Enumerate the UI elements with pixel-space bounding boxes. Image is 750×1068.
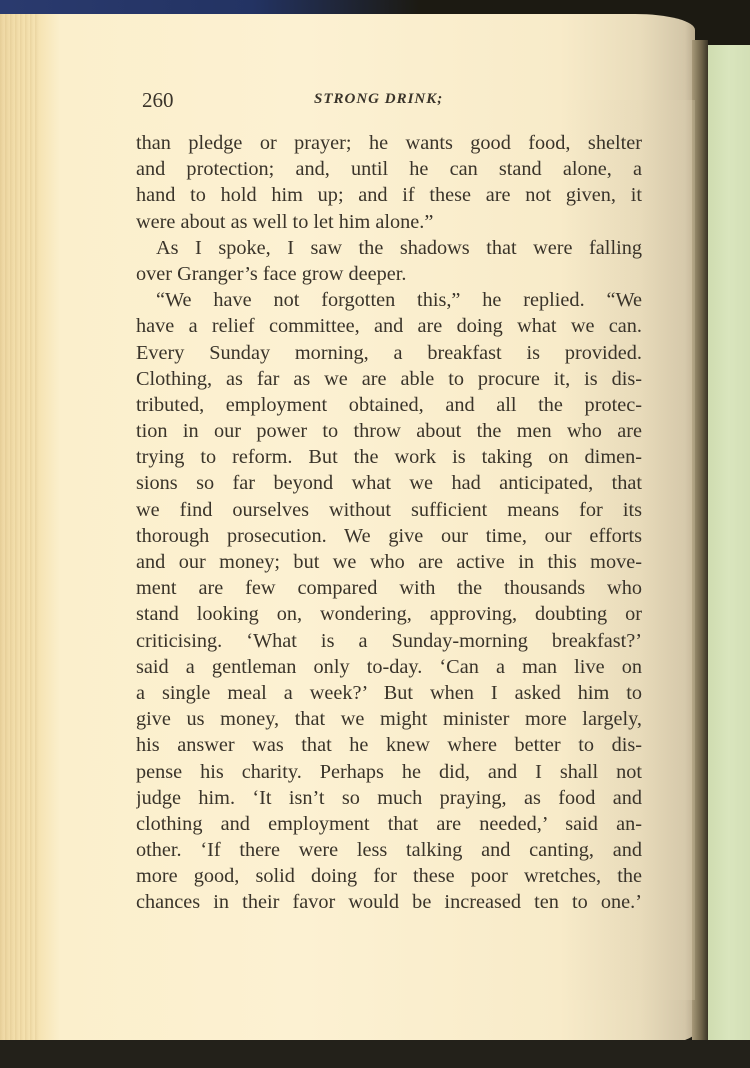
text-line: a single meal a week?’ But when I asked …: [136, 680, 642, 706]
page-number: 260: [142, 88, 174, 113]
background-surface: [0, 1040, 750, 1068]
text-line: were about as well to let him alone.”: [136, 209, 642, 235]
text-line: sions so far beyond what we had anticipa…: [136, 470, 642, 496]
book-photo-scene: 260 STRONG DRINK; than pledge or prayer;…: [0, 0, 750, 1068]
text-line: criticising. ‘What is a Sunday-morning b…: [136, 628, 642, 654]
running-head: 260 STRONG DRINK;: [142, 88, 642, 112]
facing-page-edge: [708, 45, 750, 1040]
text-line: and our money; but we who are active in …: [136, 549, 642, 575]
text-line: give us money, that we might minister mo…: [136, 706, 642, 732]
text-line: thorough prosecution. We give our time, …: [136, 523, 642, 549]
text-line: Clothing, as far as we are able to procu…: [136, 366, 642, 392]
text-line: “We have not forgotten this,” he replied…: [136, 287, 642, 313]
text-line: we find ourselves without sufficient mea…: [136, 497, 642, 523]
text-line: judge him. ‘It isn’t so much praying, as…: [136, 785, 642, 811]
text-line: than pledge or prayer; he wants good foo…: [136, 130, 642, 156]
text-line: ment are few compared with the thousands…: [136, 575, 642, 601]
text-line: hand to hold him up; and if these are no…: [136, 182, 642, 208]
gutter-shadow: [692, 40, 708, 1045]
text-line: have a relief committee, and are doing w…: [136, 313, 642, 339]
text-line: clothing and employment that are needed,…: [136, 811, 642, 837]
text-line: trying to reform. But the work is taking…: [136, 444, 642, 470]
text-line: other. ‘If there were less talking and c…: [136, 837, 642, 863]
text-line: over Granger’s face grow deeper.: [136, 261, 642, 287]
text-line: Every Sunday morning, a breakfast is pro…: [136, 340, 642, 366]
text-line: stand looking on, wondering, approving, …: [136, 601, 642, 627]
body-text: than pledge or prayer; he wants good foo…: [136, 130, 642, 916]
text-line: his answer was that he knew where better…: [136, 732, 642, 758]
page-stack-edges: [0, 14, 40, 1044]
text-line: As I spoke, I saw the shadows that were …: [136, 235, 642, 261]
running-title: STRONG DRINK;: [314, 91, 443, 108]
text-line: said a gentleman only to-day. ‘Can a man…: [136, 654, 642, 680]
text-line: tributed, employment obtained, and all t…: [136, 392, 642, 418]
text-line: more good, solid doing for these poor wr…: [136, 863, 642, 889]
text-line: pense his charity. Perhaps he did, and I…: [136, 759, 642, 785]
text-line: chances in their favor would be increase…: [136, 889, 642, 915]
text-line: tion in our power to throw about the men…: [136, 418, 642, 444]
text-line: and protection; and, until he can stand …: [136, 156, 642, 182]
